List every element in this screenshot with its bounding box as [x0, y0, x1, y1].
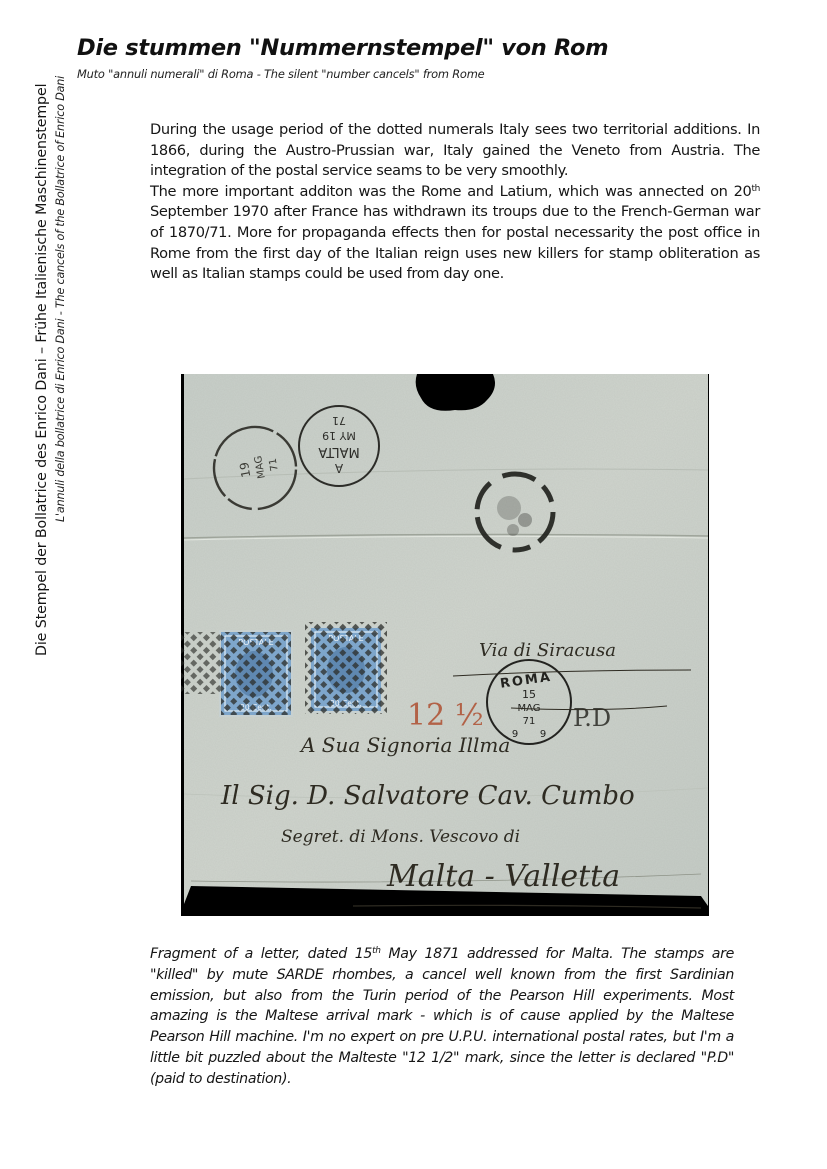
caption-start: Fragment of a letter, dated 15: [150, 946, 372, 962]
svg-text:9: 9: [512, 729, 518, 740]
stamp-1: POSTALE 20 Cent.: [219, 630, 293, 717]
handwritten-line-4: Malta - Valletta: [386, 859, 620, 894]
handwritten-line-1: A Sua Signoria Illma: [299, 733, 510, 757]
handwritten-line-2: Il Sig. D. Salvatore Cav. Cumbo: [220, 781, 635, 811]
ordinal-suffix: th: [372, 946, 381, 956]
image-caption: Fragment of a letter, dated 15th May 187…: [150, 944, 734, 1090]
ordinal-suffix: th: [751, 184, 760, 194]
svg-text:15: 15: [522, 688, 536, 701]
stamp-2: POSTALE 20 Cent.: [305, 622, 387, 714]
intro-paragraph-2-start: The more important additon was the Rome …: [150, 183, 751, 200]
svg-text:71: 71: [523, 716, 536, 727]
handwritten-line-3: Segret. di Mons. Vescovo di: [281, 827, 520, 847]
svg-text:71: 71: [332, 414, 346, 427]
letter-image: A MALTA MY 19 71 19 MAG 71 POSTALE 20 Ce…: [181, 374, 709, 916]
svg-text:71: 71: [268, 457, 281, 471]
rate-mark: 12 ½: [407, 698, 484, 733]
paid-destination-mark: P.D: [573, 704, 611, 732]
intro-paragraph-2-end: September 1970 after France has withdraw…: [150, 203, 760, 282]
intro-text: During the usage period of the dotted nu…: [150, 120, 760, 285]
caption-paragraph: Fragment of a letter, dated 15th May 187…: [150, 944, 734, 1090]
sidebar: Die Stempel der Bollatrice des Enrico Da…: [0, 0, 70, 680]
handwritten-route: Via di Siracusa: [479, 640, 616, 661]
page-title: Die stummen "Nummernstempel" von Rom: [77, 35, 608, 61]
svg-text:9: 9: [540, 729, 546, 740]
intro-paragraph-1: During the usage period of the dotted nu…: [150, 120, 760, 182]
sidebar-title: Die Stempel der Bollatrice des Enrico Da…: [34, 84, 50, 656]
intro-paragraph-2: The more important additon was the Rome …: [150, 182, 760, 285]
sidebar-subtitle: L'annuli della bollatrice di Enrico Dani…: [54, 76, 67, 522]
svg-text:19: 19: [237, 461, 253, 478]
svg-text:A: A: [334, 461, 343, 475]
svg-text:MY 19: MY 19: [322, 429, 356, 442]
svg-text:MALTA: MALTA: [318, 444, 359, 459]
page-subtitle: Muto "annuli numerali" di Roma - The sil…: [77, 67, 484, 81]
rhombus-killer-cancel: [181, 632, 221, 694]
caption-end: May 1871 addressed for Malta. The stamps…: [150, 946, 734, 1087]
